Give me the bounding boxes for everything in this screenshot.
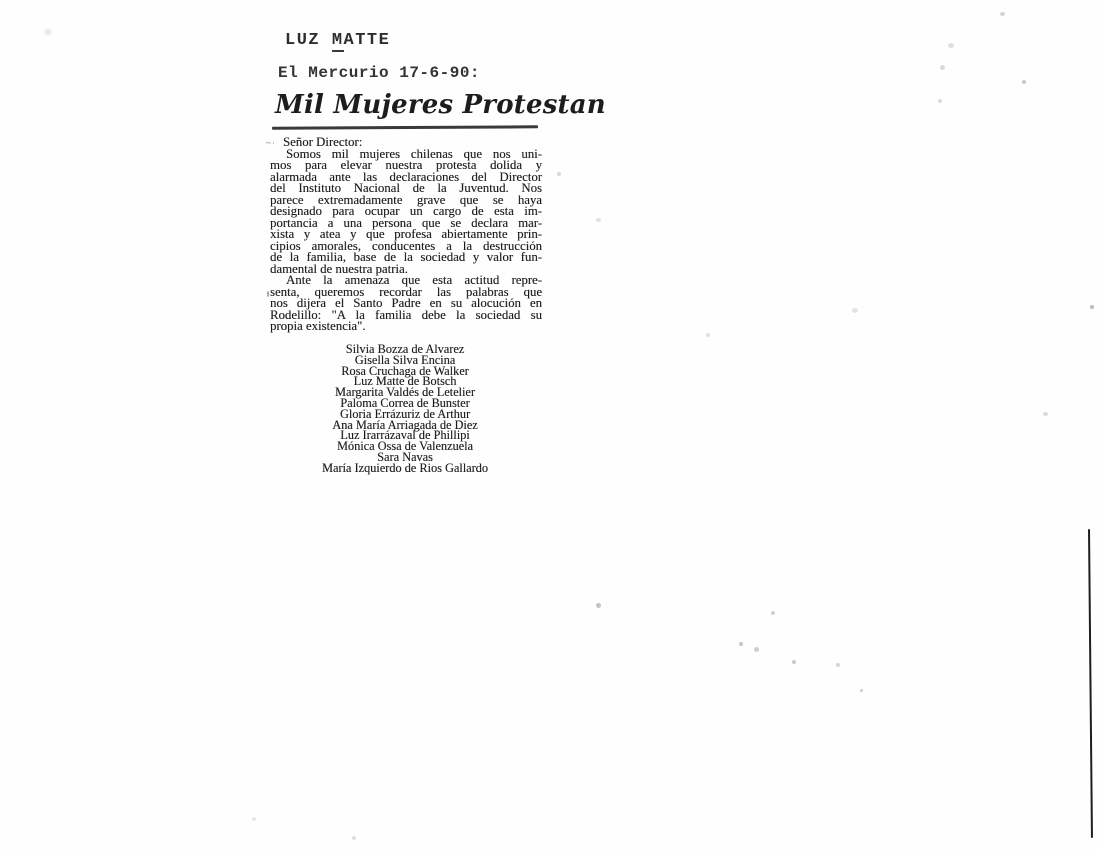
source-dateline: El Mercurio 17-6-90: [278,64,480,82]
annotation-rest: ATTE [344,31,391,50]
signatory-name: María Izquierdo de Rios Gallardo [270,463,540,474]
scan-speck [938,99,942,103]
scan-speck [1022,80,1026,84]
article-title: Mil Mujeres Protestan [275,90,606,120]
scan-speck [940,65,945,70]
scan-speck [596,603,601,608]
scan-speck [596,218,601,222]
scan-speck [836,663,840,667]
scan-speck [267,291,269,297]
body-line: propia existencia". [270,321,542,333]
scan-speck [1090,305,1094,309]
scan-speck [860,689,863,692]
scan-speck [739,642,743,646]
title-rule [272,125,538,129]
scan-speck [754,647,759,652]
signatories-list: Silvia Bozza de AlvarezGisella Silva Enc… [270,344,540,474]
scan-speck [771,611,775,615]
scan-speck [706,333,710,337]
page-edge-artifact [1088,529,1093,838]
annotation-underlined-letter: M [332,31,344,52]
scan-speck [852,308,858,313]
body-line-text: propia existencia". [270,319,365,333]
scan-speck [352,836,356,840]
annotation-name: LUZ MATTE [285,31,390,50]
scanned-page: LUZ MATTE El Mercurio 17-6-90: Mil Mujer… [0,0,1100,850]
annotation-pre: LUZ [285,31,332,50]
scan-speck [948,43,954,48]
scan-speck [1043,412,1048,416]
scan-speck [792,660,796,664]
scan-speck [557,172,561,176]
letter-body: ~·Señor Director:Somos mil mujeres chile… [270,137,542,333]
scan-speck [44,29,52,35]
scan-speck [1000,12,1005,16]
scan-speck [252,817,256,821]
